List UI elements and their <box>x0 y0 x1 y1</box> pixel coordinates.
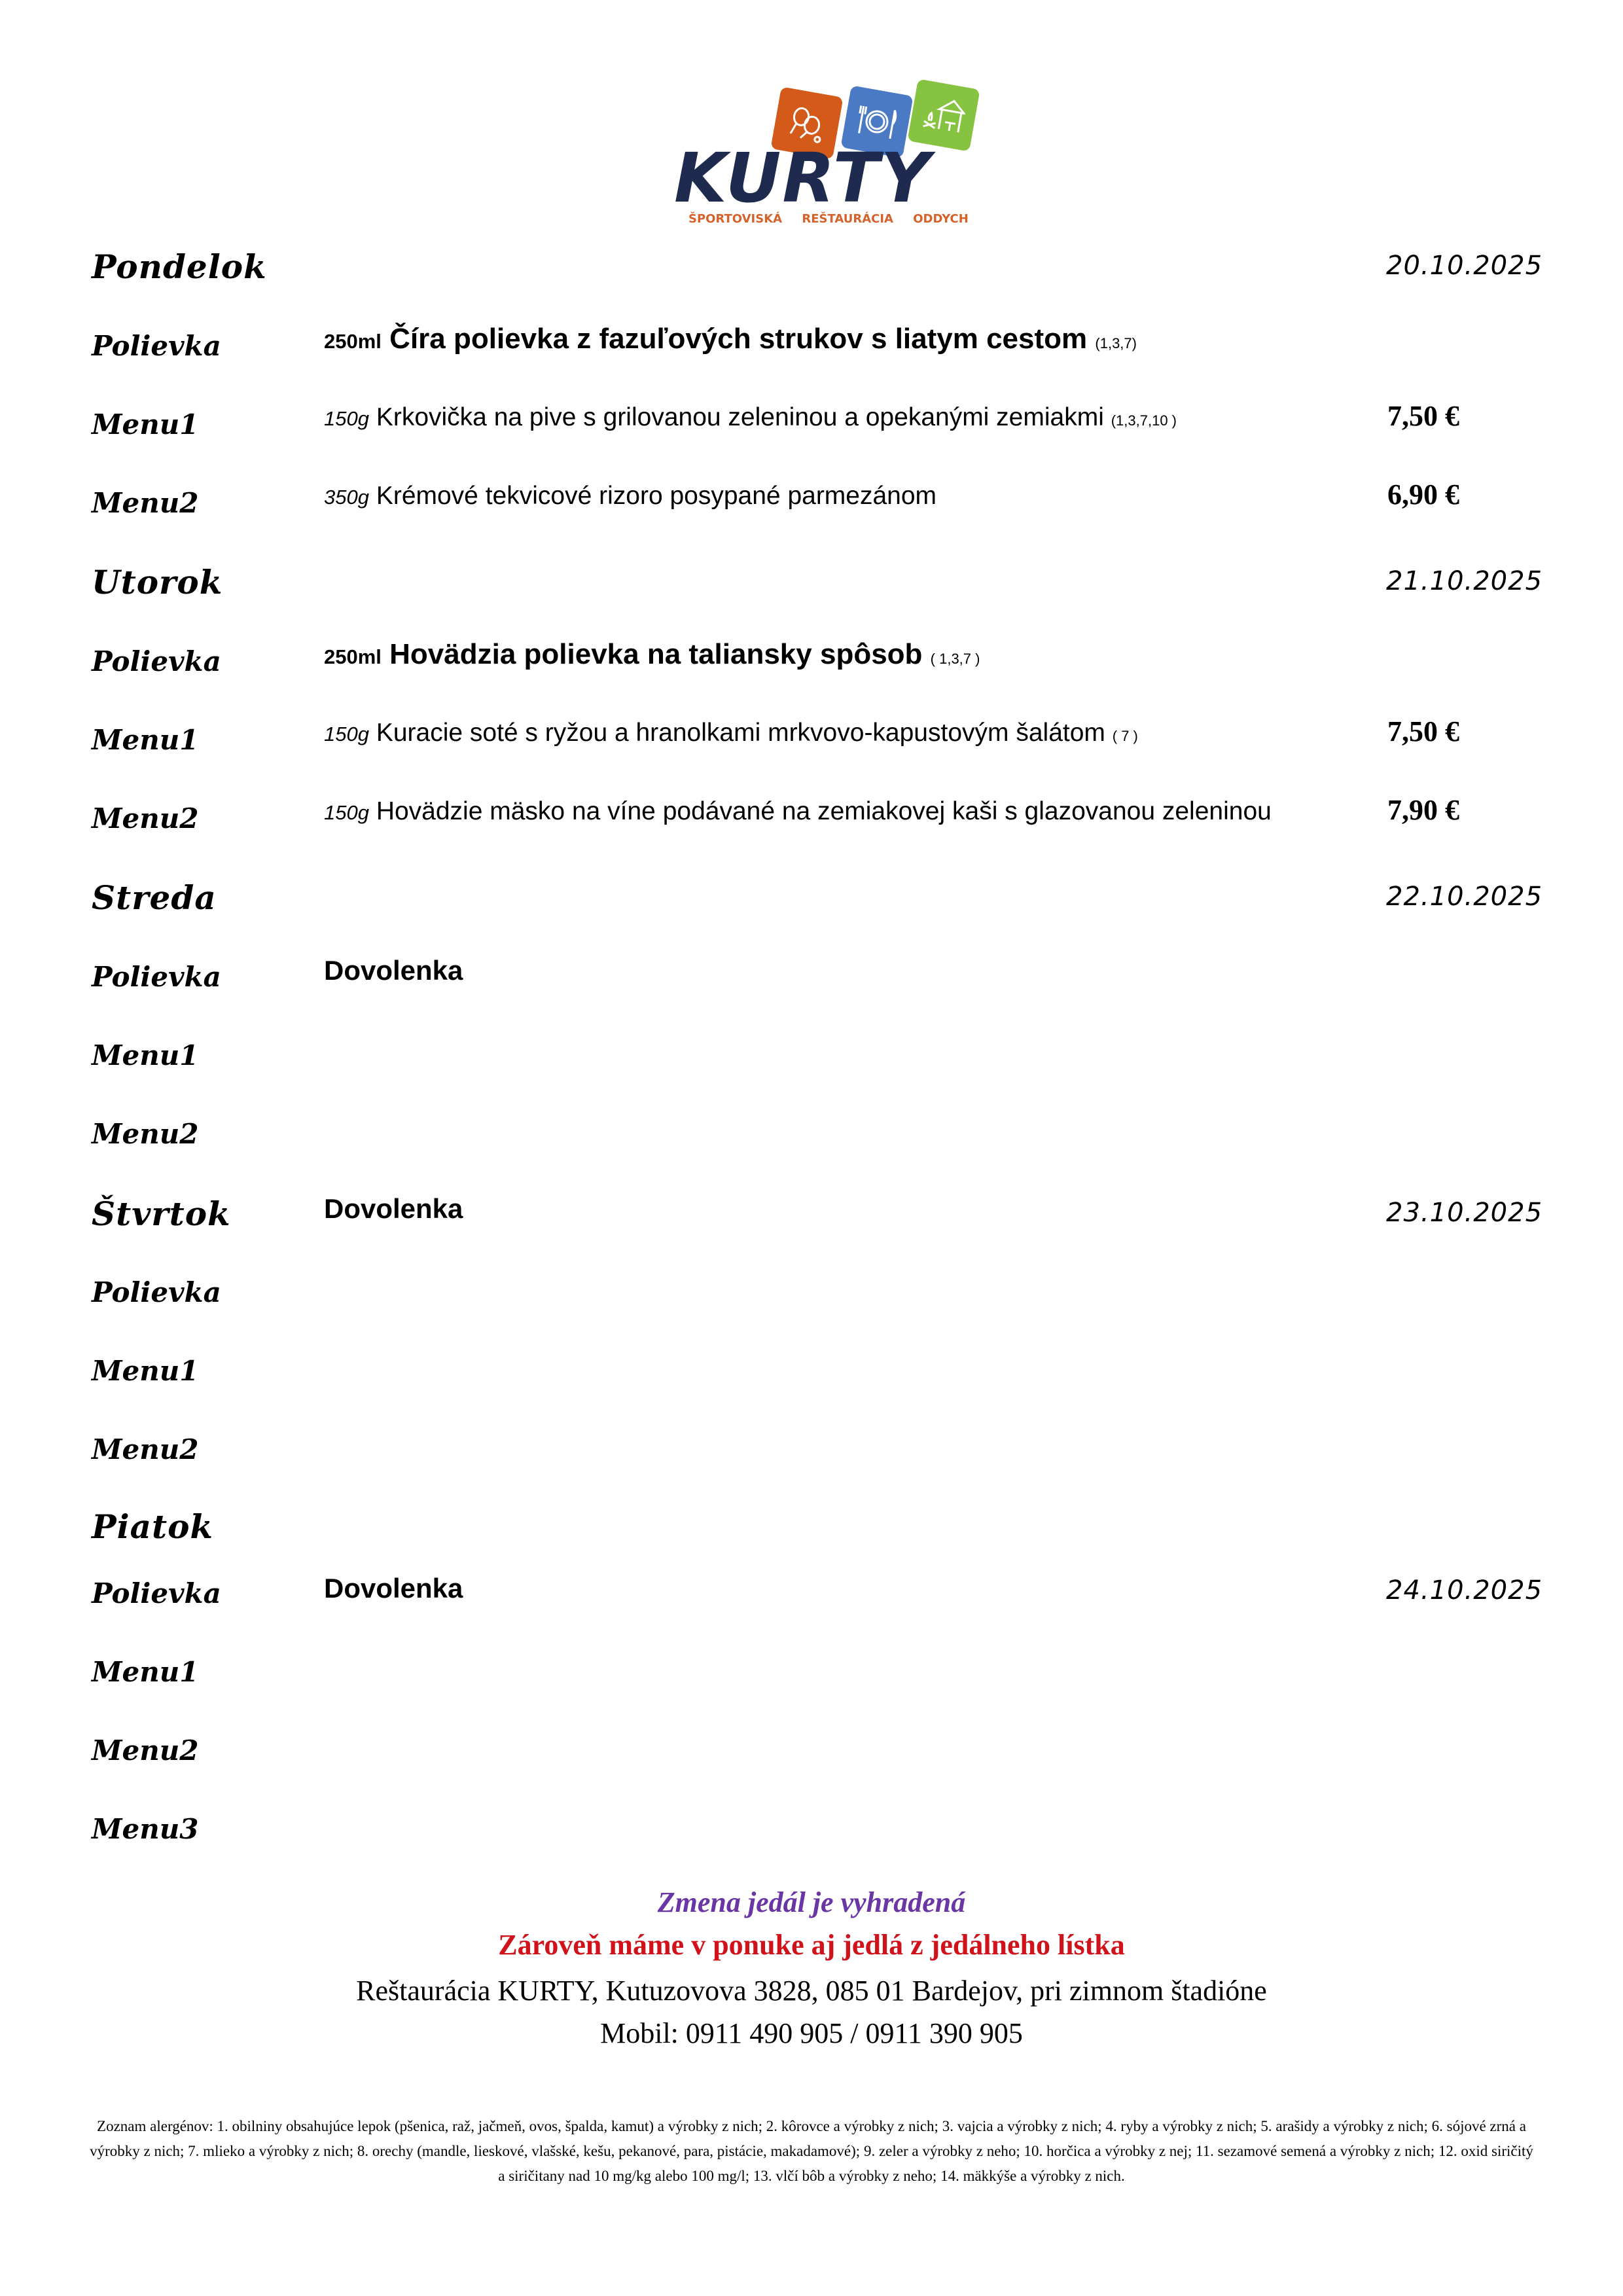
day-name-wednesday: Streda <box>92 882 217 914</box>
dish-name: Kuracie soté s ryžou a hranolkami mrkvov… <box>376 719 1105 747</box>
dish-menu1-monday: 150g Krkovička na pive s grilovanou zele… <box>324 404 1177 430</box>
row-label-menu2: Menu2 <box>92 1121 199 1148</box>
day-name-friday: Piatok <box>92 1511 213 1543</box>
row-label-soup: Polievka <box>92 1279 221 1306</box>
allergens: ( 1,3,7 ) <box>931 651 980 667</box>
day-date-thursday: 23.10.2025 <box>1386 1200 1543 1226</box>
row-label-menu3: Menu3 <box>92 1816 199 1843</box>
row-label-menu1: Menu1 <box>92 726 199 754</box>
portion: 250ml <box>324 330 382 353</box>
day-name-tuesday: Utorok <box>92 566 223 599</box>
row-label-menu1: Menu1 <box>92 411 199 439</box>
dish-soup-tuesday: 250ml Hovädzia polievka na taliansky spô… <box>324 640 980 669</box>
daily-menu-page: KURTY ŠPORTOVISKÁ REŠTAURÁCIA ODDYCH Pon… <box>0 0 1623 2296</box>
dish-menu2-tuesday: 150g Hovädzie mäsko na víne podávané na … <box>324 798 1272 824</box>
menu-change-note: Zmena jedál je vyhradená <box>0 1888 1623 1917</box>
price-menu1-monday: 7,50 € <box>1387 402 1459 431</box>
row-label-menu2: Menu2 <box>92 1737 199 1765</box>
restaurant-address: Reštaurácia KURTY, Kutuzovova 3828, 085 … <box>0 1977 1623 2005</box>
brand-tagline: ŠPORTOVISKÁ REŠTAURÁCIA ODDYCH <box>688 212 969 226</box>
day-name-monday: Pondelok <box>92 251 267 283</box>
dish-name: Hovädzie mäsko na víne podávané na zemia… <box>376 797 1272 825</box>
row-label-menu1: Menu1 <box>92 1357 199 1385</box>
row-label-soup: Polievka <box>92 1580 221 1607</box>
price-menu1-tuesday: 7,50 € <box>1387 717 1459 746</box>
day-date-monday: 20.10.2025 <box>1386 253 1543 279</box>
dish-soup-monday: 250ml Číra polievka z fazuľových strukov… <box>324 325 1137 353</box>
vacation-notice: Dovolenka <box>324 1575 463 1602</box>
contact-phone: Mobil: 0911 490 905 / 0911 390 905 <box>0 2019 1623 2048</box>
portion: 350g <box>324 486 369 509</box>
allergen-list: Zoznam alergénov: 1. obilniny obsahujúce… <box>85 2114 1538 2189</box>
day-date-wednesday: 22.10.2025 <box>1386 884 1543 910</box>
dish-name: Krémové tekvicové rizoro posypané parmez… <box>376 482 936 510</box>
portion: 150g <box>324 723 369 745</box>
price-menu2-tuesday: 7,90 € <box>1387 796 1459 825</box>
brand-wordmark: KURTY <box>674 144 931 212</box>
row-label-soup: Polievka <box>92 963 221 991</box>
row-label-menu1: Menu1 <box>92 1042 199 1069</box>
day-name-thursday: Štvrtok <box>92 1198 231 1230</box>
row-label-soup: Polievka <box>92 648 221 675</box>
dish-name: Číra polievka z fazuľových strukov s lia… <box>389 323 1087 355</box>
allergens: (1,3,7) <box>1095 335 1137 351</box>
day-date-friday: 24.10.2025 <box>1386 1577 1543 1604</box>
portion: 150g <box>324 407 369 430</box>
row-label-menu2: Menu2 <box>92 805 199 833</box>
row-label-soup: Polievka <box>92 332 221 360</box>
vacation-notice: Dovolenka <box>324 957 463 984</box>
row-label-menu2: Menu2 <box>92 1436 199 1463</box>
price-menu2-monday: 6,90 € <box>1387 480 1459 509</box>
vacation-notice: Dovolenka <box>324 1195 463 1223</box>
row-label-menu1: Menu1 <box>92 1659 199 1686</box>
allergens: ( 7 ) <box>1113 728 1138 744</box>
allergens: (1,3,7,10 ) <box>1111 412 1177 429</box>
day-date-tuesday: 21.10.2025 <box>1386 568 1543 594</box>
kurty-logo: KURTY ŠPORTOVISKÁ REŠTAURÁCIA ODDYCH <box>661 79 962 229</box>
dish-name: Hovädzia polievka na taliansky spôsob <box>389 638 922 670</box>
portion: 150g <box>324 801 369 824</box>
portion: 250ml <box>324 645 382 668</box>
dish-menu1-tuesday: 150g Kuracie soté s ryžou a hranolkami m… <box>324 720 1138 745</box>
row-label-menu2: Menu2 <box>92 490 199 517</box>
a-la-carte-note: Zároveň máme v ponuke aj jedlá z jedálne… <box>0 1931 1623 1960</box>
dish-menu2-monday: 350g Krémové tekvicové rizoro posypané p… <box>324 483 936 509</box>
dish-name: Krkovička na pive s grilovanou zeleninou… <box>376 403 1104 431</box>
